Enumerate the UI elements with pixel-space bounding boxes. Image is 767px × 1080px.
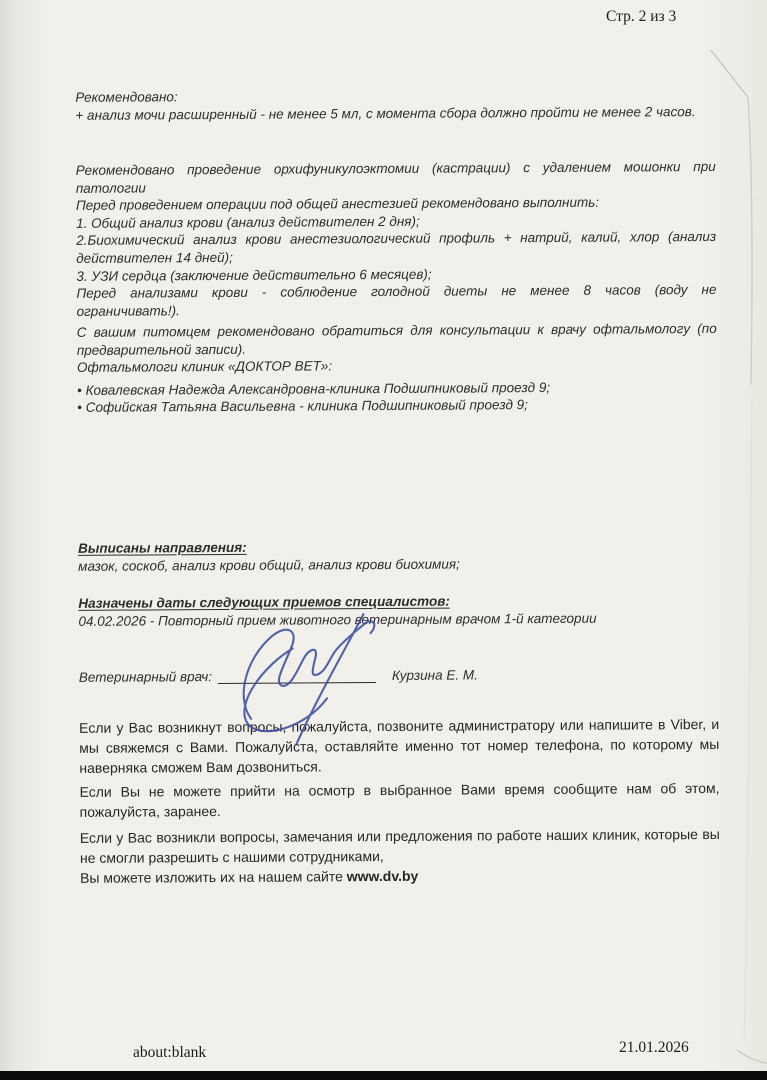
recommend-line: + анализ мочи расширенный - не менее 5 м…	[75, 103, 715, 125]
section-urine-recommendation: Рекомендовано: + анализ мочи расширенный…	[75, 85, 715, 124]
ophthalmo-doctor-2: • Софийская Татьяна Васильевна - клиника…	[77, 395, 717, 417]
website-line-prefix: Вы можете изложить их на нашем сайте	[80, 868, 347, 886]
section-ophthalmologist: С вашим питомцем рекомендовано обратитьс…	[77, 320, 718, 417]
diet-line-2: ограничивать!).	[77, 299, 717, 321]
contact3-line-3: Вы можете изложить их на нашем сайте www…	[80, 864, 720, 888]
document-body: Рекомендовано: + анализ мочи расширенный…	[0, 0, 767, 1080]
contact2-line-1: Если Вы не можете прийти на осмотр в выб…	[79, 778, 719, 802]
footer-date: 21.01.2026	[619, 1039, 689, 1057]
referrals-line: мазок, соскоб, анализ крови общий, анали…	[78, 554, 718, 576]
vet-name: Курзина Е. М.	[392, 667, 478, 683]
section-referrals: Выписаны направления: мазок, соскоб, ана…	[78, 536, 718, 575]
section-surgery-recommendation: Рекомендовано проведение орхифуникулоэкт…	[76, 158, 717, 320]
contact2-line-2: пожалуйста, заранее.	[80, 798, 720, 822]
section-contact-feedback: Если у Вас возникли вопросы, замечания и…	[80, 824, 720, 888]
section-contact-reschedule: Если Вы не можете прийти на осмотр в выб…	[79, 778, 719, 822]
contact1-line-3: наверняка сможем Вам дозвониться.	[79, 754, 719, 778]
vet-label: Ветеринарный врач:	[79, 669, 212, 685]
scan-bottom-black-bar	[0, 1071, 767, 1080]
website-url: www.dv.by	[347, 868, 419, 884]
handwritten-signature-ink	[222, 606, 403, 752]
footer-source-text: about:blank	[133, 1044, 206, 1062]
contact3-line-1: Если у Вас возникли вопросы, замечания и…	[80, 824, 720, 848]
ophthalmo-clinics: Офтальмологи клиник «ДОКТОР ВЕТ»:	[77, 355, 717, 377]
